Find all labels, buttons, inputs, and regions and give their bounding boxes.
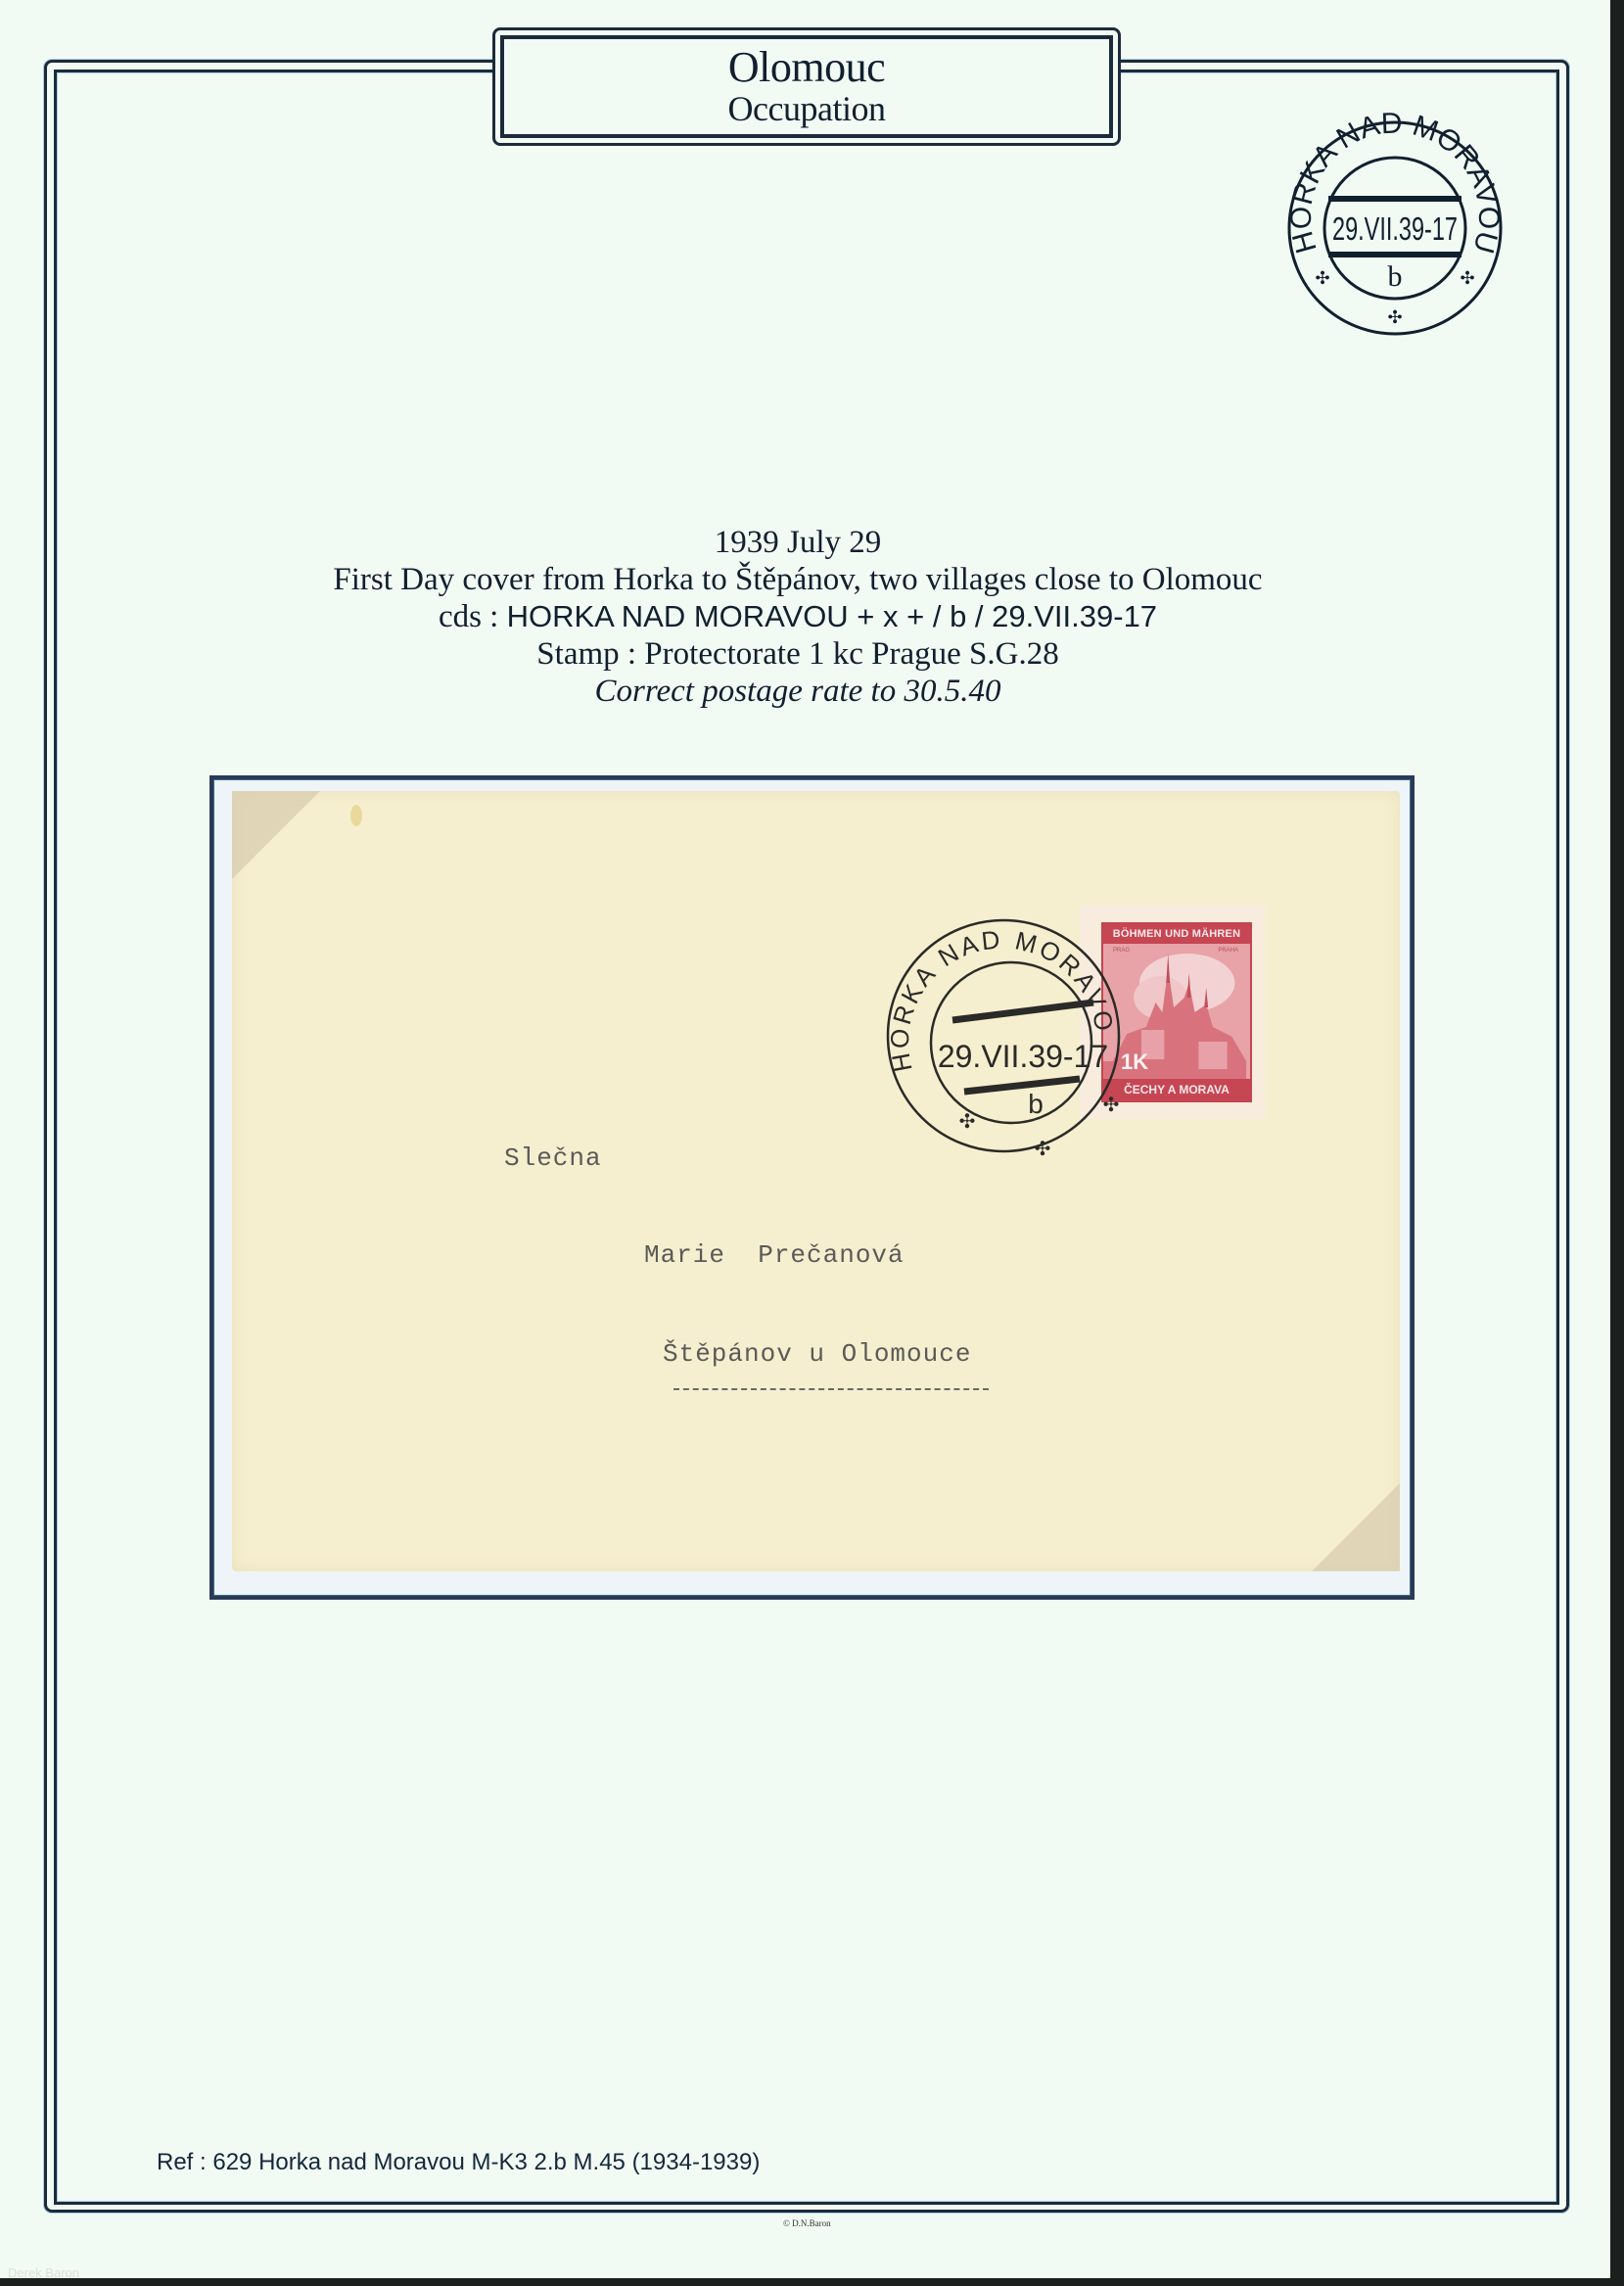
scan-edge — [1610, 0, 1624, 2286]
stamp-description: Stamp : Protectorate 1 kc Prague S.G.28 — [157, 635, 1439, 673]
ornament-icon: ✣ — [1387, 307, 1402, 327]
paper-stain — [350, 805, 362, 826]
watermark: Derek Baron — [8, 2265, 79, 2280]
cover-date: 1939 July 29 — [157, 524, 1439, 561]
address-name: Marie Prečanová — [644, 1240, 905, 1270]
stamp-region: ČECHY A MORAVA — [1103, 1079, 1250, 1100]
postmark-letter: b — [1388, 260, 1403, 293]
stamp-design: BÖHMEN UND MÄHREN PRAG PRAHA 1K ČECHY A … — [1101, 922, 1252, 1102]
postmark-illustration: HORKA NAD MORAVOU 29.VII.39-17 b ✣ ✣ ✣ — [1268, 96, 1522, 341]
stamp-city-cz: PRAHA — [1218, 948, 1238, 954]
stamp-country: BÖHMEN UND MÄHREN — [1103, 924, 1250, 944]
cover-description: 1939 July 29 First Day cover from Horka … — [157, 524, 1439, 710]
postage-note: Correct postage rate to 30.5.40 — [157, 673, 1439, 710]
postmark-date: 29.VII.39-17 — [1332, 210, 1458, 247]
photo-corner — [1312, 1483, 1400, 1571]
copyright-notice: © D.N.Baron — [783, 2218, 831, 2228]
address-salutation: Slečna — [504, 1143, 602, 1173]
title-box: Olomouc Occupation — [500, 35, 1113, 138]
cover-summary: First Day cover from Horka to Štěpánov, … — [157, 561, 1439, 598]
ornament-icon: ✣ — [1315, 268, 1329, 288]
scan-edge-bottom — [0, 2278, 1624, 2286]
cds-value: HORKA NAD MORAVOU + x + / b / 29.VII.39-… — [507, 599, 1157, 633]
page-title: Olomouc — [728, 46, 885, 89]
stamp-value: 1K — [1121, 1050, 1148, 1075]
address-underline — [673, 1388, 989, 1390]
photo-corner — [232, 791, 320, 879]
catalogue-reference: Ref : 629 Horka nad Moravou M-K3 2.b M.4… — [157, 2149, 760, 2176]
cds-label: cds : — [439, 599, 498, 634]
ornament-icon: ✣ — [1460, 268, 1474, 288]
page-subtitle: Occupation — [728, 89, 886, 128]
address-town: Štěpánov u Olomouce — [663, 1339, 971, 1369]
stamp-city-de: PRAG — [1113, 948, 1130, 954]
cds-line: cds : HORKA NAD MORAVOU + x + / b / 29.V… — [157, 598, 1439, 635]
